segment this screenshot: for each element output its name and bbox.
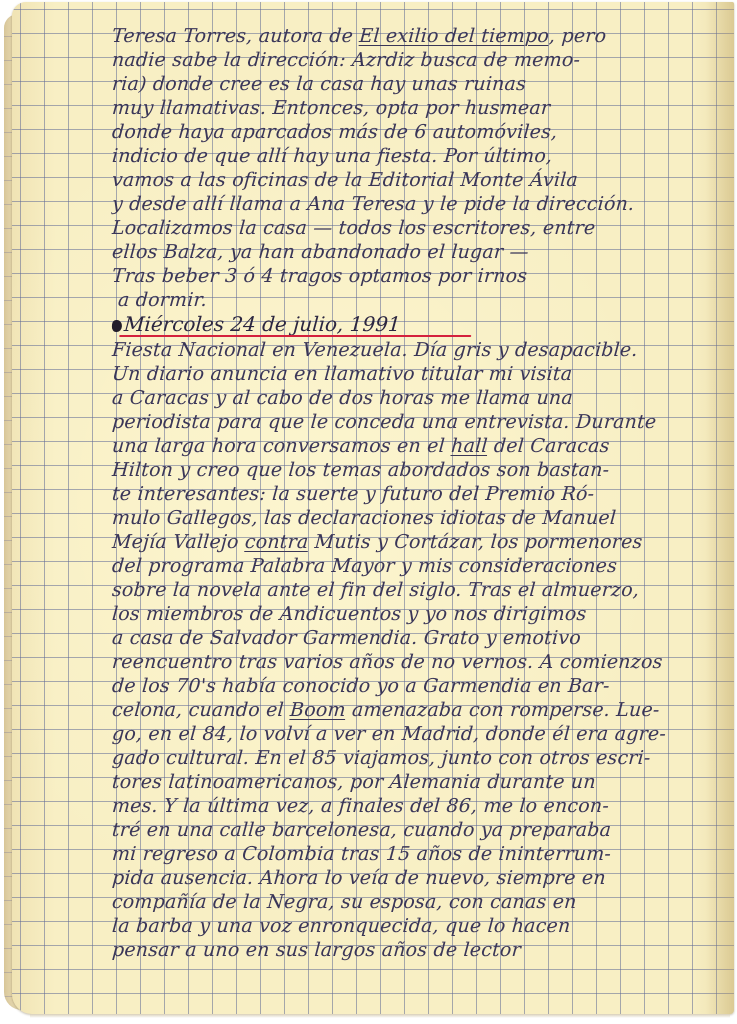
- text-line: compañía de la Negra, su esposa, con can…: [111, 890, 733, 914]
- text-line: reencuentro tras varios años de no verno…: [111, 650, 733, 674]
- line-text: donde haya aparcados más de 6 automóvile…: [111, 121, 558, 143]
- line-text: pensar a uno en sus largos años de lecto…: [111, 939, 521, 961]
- line-text: a casa de Salvador Garmendia. Grato y em…: [111, 627, 581, 649]
- text-line: Fiesta Nacional en Venezuela. Día gris y…: [111, 338, 733, 362]
- text-line: te interesantes: la suerte y futuro del …: [111, 482, 733, 506]
- text-line: Un diario anuncia en llamativo titular m…: [111, 362, 733, 386]
- text-line: mes. Y la última vez, a finales del 86, …: [111, 794, 733, 818]
- line-text: Hilton y creo que los temas abordados so…: [111, 459, 610, 481]
- text-line: ellos Balza, ya han abandonado el lugar …: [111, 240, 733, 264]
- text-line: tré en una calle barcelonesa, cuando ya …: [111, 818, 733, 842]
- text-line: sobre la novela ante el fin del siglo. T…: [111, 578, 733, 602]
- text-line: del programa Palabra Mayor y mis conside…: [111, 554, 733, 578]
- notebook-page: Teresa Torres, autora de El exilio del t…: [12, 2, 734, 1014]
- line-text: pida ausencia. Ahora lo veía de nuevo, s…: [111, 867, 606, 889]
- text-line: indicio de que allí hay una fiesta. Por …: [111, 144, 733, 168]
- text-line: gado cultural. En el 85 viajamos, junto …: [111, 746, 733, 770]
- text-line: una larga hora conversamos en el hall de…: [111, 434, 733, 458]
- text-line: Mejía Vallejo contra Mutis y Cortázar, l…: [111, 530, 733, 554]
- text-line: tores latinoamericanos, por Alemania dur…: [111, 770, 733, 794]
- line-text: compañía de la Negra, su esposa, con can…: [111, 891, 577, 913]
- line-text: celona, cuando el Boom amenazaba con rom…: [111, 699, 660, 721]
- line-text: sobre la novela ante el fin del siglo. T…: [111, 579, 640, 601]
- handwritten-text: Teresa Torres, autora de El exilio del t…: [112, 24, 732, 962]
- ink-blot-icon: [112, 320, 123, 332]
- line-text: una larga hora conversamos en el hall de…: [111, 435, 610, 457]
- line-text: periodista para que le conceda una entre…: [111, 411, 657, 433]
- text-line: los miembros de Andicuentos y yo nos dir…: [111, 602, 733, 626]
- date-heading-text: Miércoles 24 de julio, 1991: [123, 312, 401, 336]
- line-text: a dormir.: [117, 289, 208, 311]
- text-line: mi regreso a Colombia tras 15 años de in…: [111, 842, 733, 866]
- line-text: reencuentro tras varios años de no verno…: [111, 651, 663, 673]
- line-text: tores latinoamericanos, por Alemania dur…: [111, 771, 596, 793]
- date-heading: Miércoles 24 de julio, 1991: [111, 312, 733, 338]
- text-line: mulo Gallegos, las declaraciones idiotas…: [111, 506, 733, 530]
- text-line: go, en el 84, lo volví a ver en Madrid, …: [111, 722, 733, 746]
- line-text: del programa Palabra Mayor y mis conside…: [111, 555, 618, 577]
- text-line: la barba y una voz enronquecida, que lo …: [111, 914, 733, 938]
- line-text: nadie sabe la dirección: Azrdiz busca de…: [111, 49, 581, 71]
- line-text: Mejía Vallejo contra Mutis y Cortázar, l…: [111, 531, 643, 553]
- text-line: vamos a las oficinas de la Editorial Mon…: [111, 168, 733, 192]
- text-line: y desde allí llama a Ana Teresa y le pid…: [111, 192, 733, 216]
- text-line: ria) donde cree es la casa hay unas ruin…: [111, 72, 733, 96]
- text-line: Teresa Torres, autora de El exilio del t…: [111, 24, 733, 48]
- text-line: de los 70's había conocido yo a Garmendi…: [111, 674, 733, 698]
- underlined-phrase: contra: [244, 531, 309, 553]
- text-line: celona, cuando el Boom amenazaba con rom…: [111, 698, 733, 722]
- line-text: mulo Gallegos, las declaraciones idiotas…: [111, 507, 617, 529]
- line-text: mes. Y la última vez, a finales del 86, …: [111, 795, 610, 817]
- line-text: vamos a las oficinas de la Editorial Mon…: [111, 169, 579, 191]
- text-line: Hilton y creo que los temas abordados so…: [111, 458, 733, 482]
- line-text: de los 70's había conocido yo a Garmendi…: [111, 675, 610, 697]
- text-line: a casa de Salvador Garmendia. Grato y em…: [111, 626, 733, 650]
- line-text: gado cultural. En el 85 viajamos, junto …: [111, 747, 651, 769]
- text-line: nadie sabe la dirección: Azrdiz busca de…: [111, 48, 733, 72]
- line-text: indicio de que allí hay una fiesta. Por …: [111, 145, 553, 167]
- line-text: y desde allí llama a Ana Teresa y le pid…: [111, 193, 635, 215]
- line-text: go, en el 84, lo volví a ver en Madrid, …: [111, 723, 667, 745]
- text-line: a Caracas y al cabo de dos horas me llam…: [111, 386, 733, 410]
- text-line: periodista para que le conceda una entre…: [111, 410, 733, 434]
- text-line: muy llamativas. Entonces, opta por husme…: [111, 96, 733, 120]
- underlined-phrase: hall: [450, 435, 488, 457]
- line-text: mi regreso a Colombia tras 15 años de in…: [111, 843, 612, 865]
- line-text: Teresa Torres, autora de El exilio del t…: [111, 25, 607, 47]
- line-text: te interesantes: la suerte y futuro del …: [111, 483, 595, 505]
- line-text: Localizamos la casa — todos los escritor…: [111, 217, 596, 239]
- line-text: ria) donde cree es la casa hay unas ruin…: [111, 73, 527, 95]
- text-line: Tras beber 3 ó 4 tragos optamos por irno…: [111, 264, 733, 288]
- notebook: Teresa Torres, autora de El exilio del t…: [0, 0, 737, 1016]
- line-text: la barba y una voz enronquecida, que lo …: [111, 915, 571, 937]
- text-line: pida ausencia. Ahora lo veía de nuevo, s…: [111, 866, 733, 890]
- underlined-phrase: El exilio del tiempo: [359, 25, 550, 47]
- text-line: pensar a uno en sus largos años de lecto…: [111, 938, 733, 962]
- red-underline: [119, 335, 471, 337]
- line-text: Un diario anuncia en llamativo titular m…: [111, 363, 573, 385]
- text-line: Localizamos la casa — todos los escritor…: [111, 216, 733, 240]
- line-text: Fiesta Nacional en Venezuela. Día gris y…: [111, 339, 638, 361]
- underlined-phrase: Boom: [289, 699, 346, 721]
- text-line: a dormir.: [111, 288, 733, 312]
- line-text: a Caracas y al cabo de dos horas me llam…: [111, 387, 573, 409]
- line-text: tré en una calle barcelonesa, cuando ya …: [111, 819, 612, 841]
- page-bottom-edge: [30, 1014, 730, 1018]
- line-text: ellos Balza, ya han abandonado el lugar …: [111, 241, 529, 263]
- line-text: los miembros de Andicuentos y yo nos dir…: [111, 603, 587, 625]
- text-line: donde haya aparcados más de 6 automóvile…: [111, 120, 733, 144]
- line-text: Tras beber 3 ó 4 tragos optamos por irno…: [111, 265, 528, 287]
- line-text: muy llamativas. Entonces, opta por husme…: [111, 97, 551, 119]
